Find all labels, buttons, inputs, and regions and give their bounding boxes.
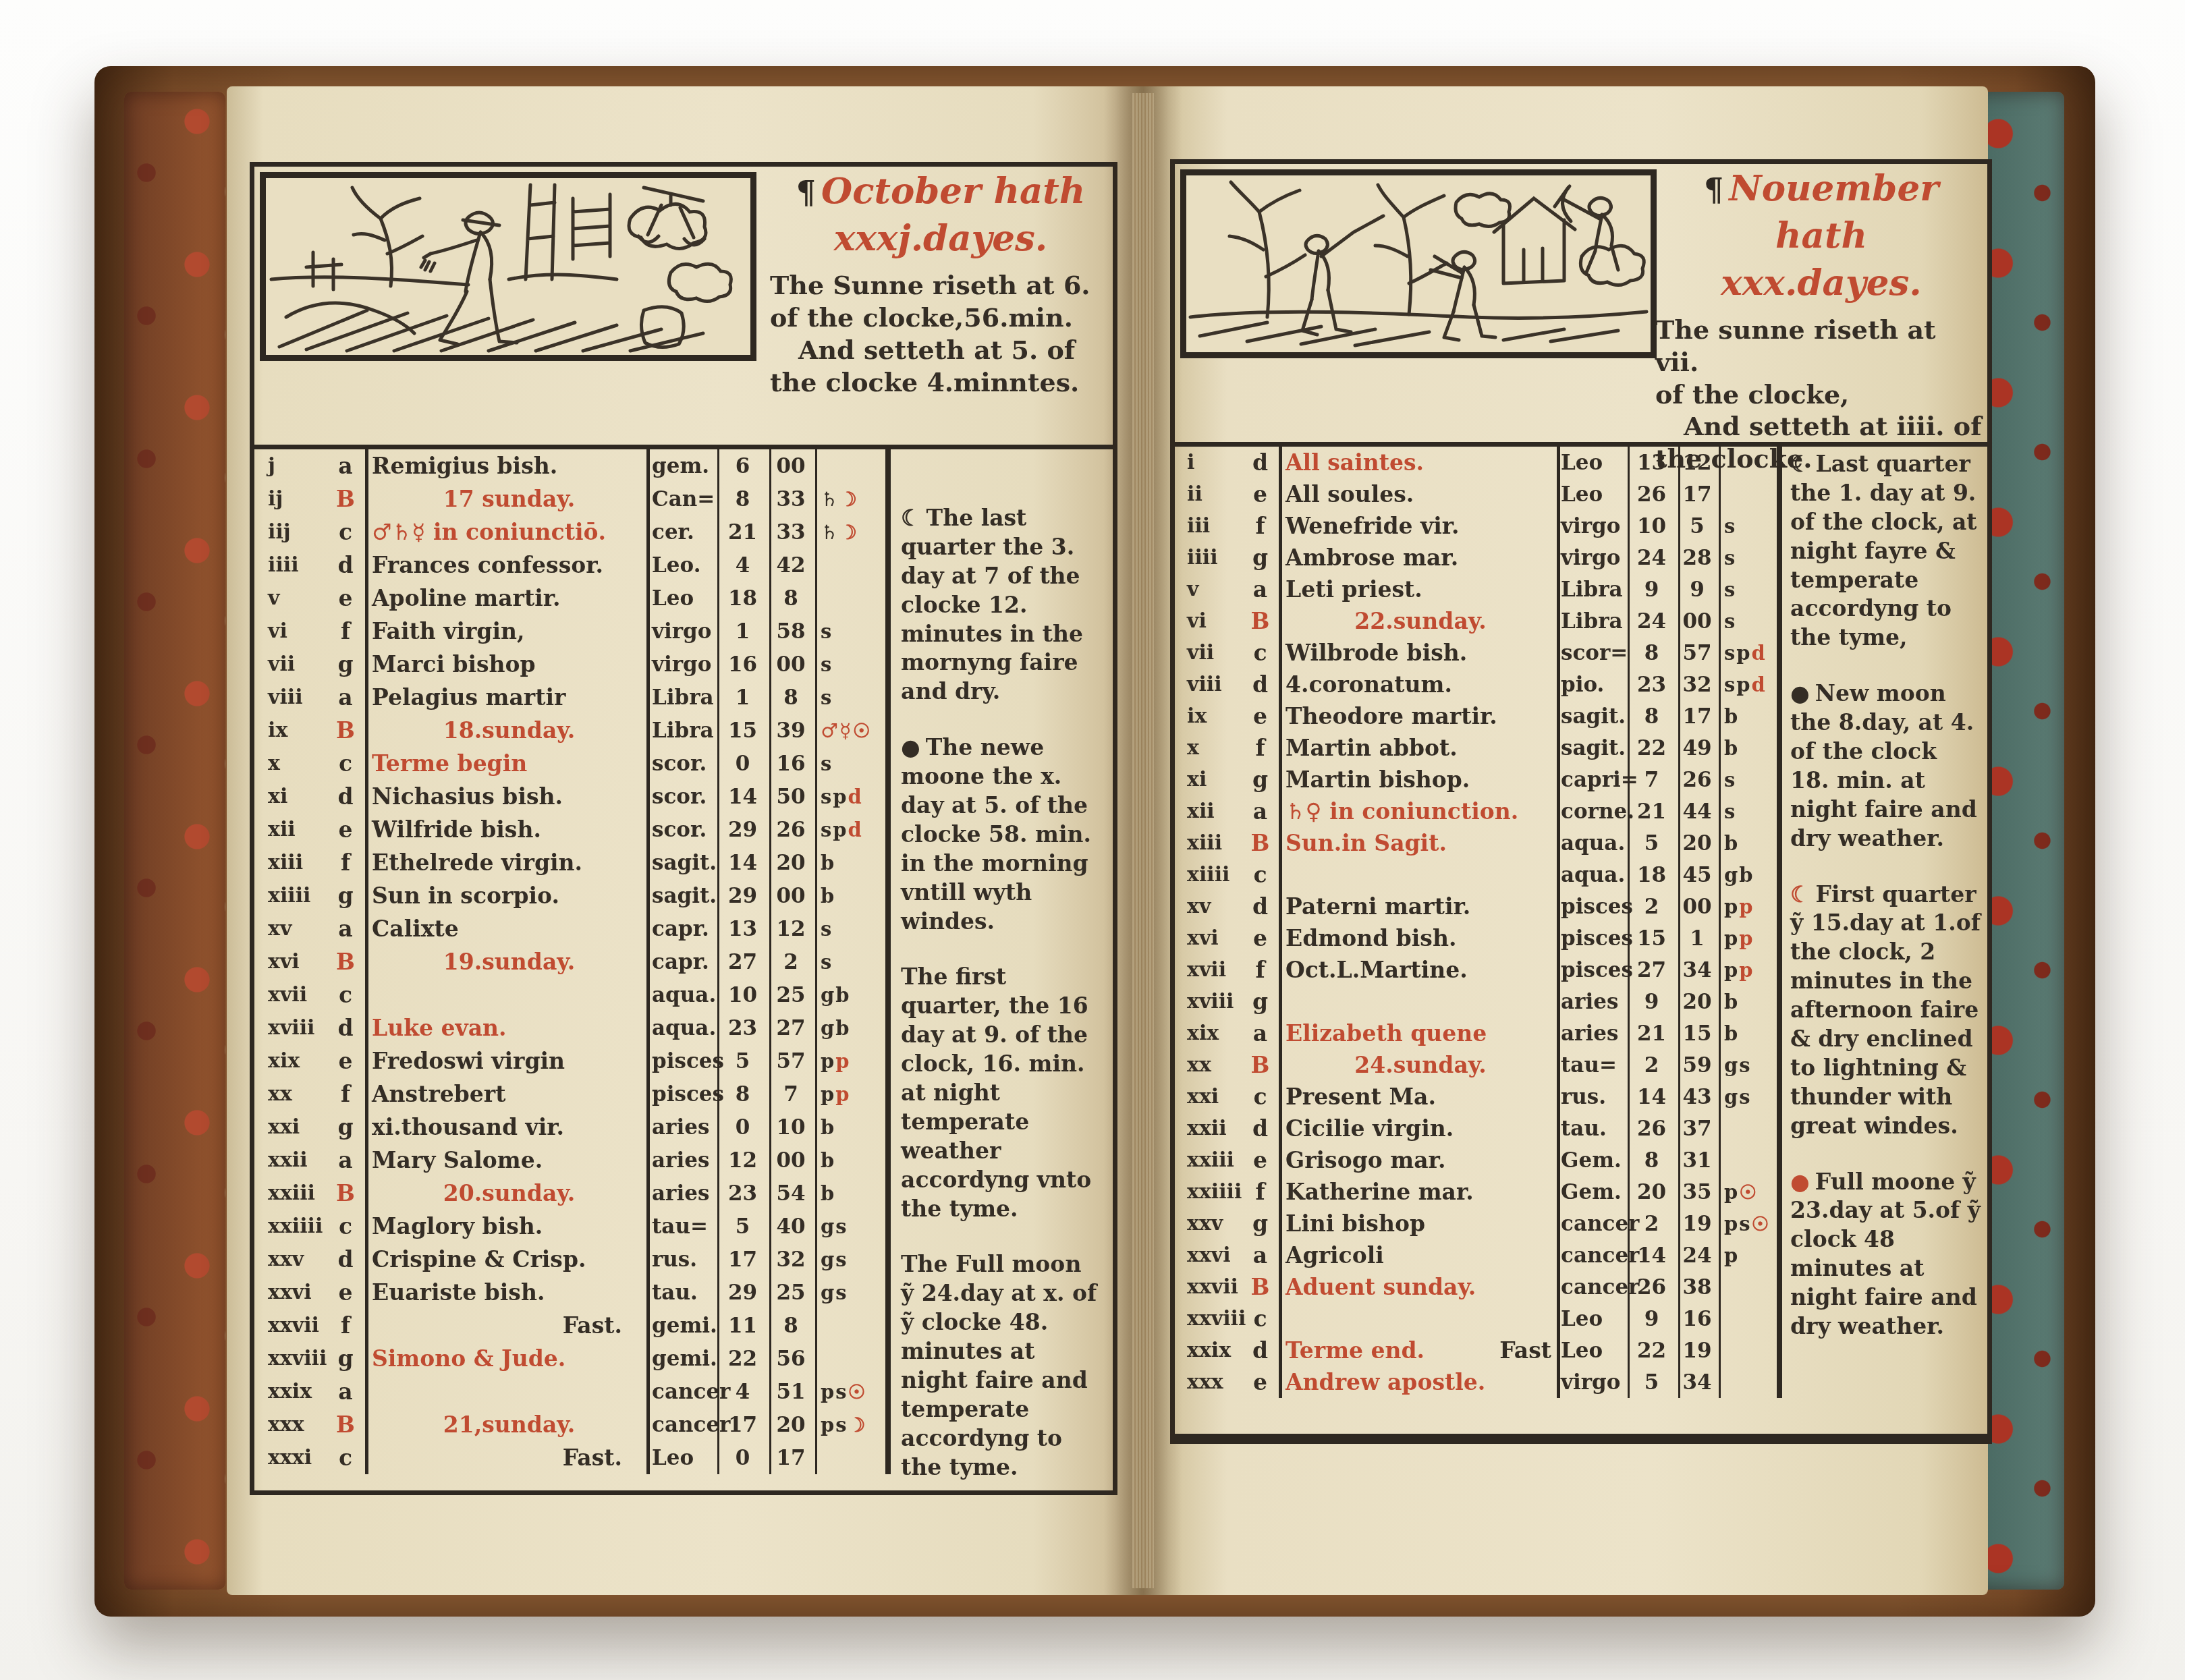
moon-phase-paragraph: ☾Last quarter the 1. day at 9. of the cl… xyxy=(1790,450,1981,652)
day-number: xiii xyxy=(1178,831,1242,855)
degree-value: 23 xyxy=(717,1181,768,1206)
day-number: xxviii xyxy=(258,1347,326,1370)
degree-value: 16 xyxy=(717,652,768,677)
calendar-row: iijc♂♄☿ in coniunctiō.cer.2133♄☽ xyxy=(258,515,889,549)
day-number: xii xyxy=(1178,800,1242,823)
day-number: vii xyxy=(1178,641,1242,665)
day-number: xxiiii xyxy=(1178,1180,1242,1204)
dominical-letter: B xyxy=(326,1411,365,1438)
aspect-letters: b xyxy=(1717,1022,1781,1045)
degree-value: 8 xyxy=(717,1082,768,1107)
feast-label: Euariste bish. xyxy=(365,1279,646,1306)
column-rule xyxy=(1628,447,1630,1398)
page-leaf-edges xyxy=(1132,93,1154,1588)
day-number: viii xyxy=(1178,673,1242,696)
minute-value: 25 xyxy=(768,983,814,1007)
zodiac-sign: Leo. xyxy=(646,553,717,578)
feast-label: Katherine mar. xyxy=(1279,1179,1555,1205)
degree-value: 0 xyxy=(717,1115,768,1140)
minute-value: 00 xyxy=(768,884,814,908)
aspect-letters: s xyxy=(1717,610,1781,633)
calendar-row: xixaElizabeth quenearies2115b xyxy=(1178,1017,1781,1049)
dominical-letter: g xyxy=(326,1114,365,1140)
minute-value: 57 xyxy=(1677,641,1717,665)
degree-value: 23 xyxy=(717,1016,768,1040)
calendar-row: ijB17 sunday.Can=833♄☽ xyxy=(258,482,889,515)
feast-label: ♂♄☿ in coniunctiō. xyxy=(365,519,646,545)
feast-label: 17 sunday. xyxy=(365,486,646,512)
degree-value: 18 xyxy=(717,586,768,611)
column-rule xyxy=(717,449,719,1474)
moon-phase-text: The last quarter the 3. day at 7 of the … xyxy=(901,505,1083,704)
calendar-row: xiiiicaqua.1845gb xyxy=(1178,859,1781,891)
aspect-letters: pp xyxy=(1717,895,1781,918)
zodiac-sign: sagit. xyxy=(1555,736,1626,760)
calendar-row: xvieEdmond bish.pisces151pp xyxy=(1178,922,1781,954)
dominical-letter: c xyxy=(1242,1306,1279,1332)
day-number: iij xyxy=(258,520,326,544)
minute-value: 12 xyxy=(768,917,814,941)
calendar-row: viicWilbrode bish.scor=857spd xyxy=(1178,637,1781,669)
calendar-row: xviifOct.L.Martine.pisces2734pp xyxy=(1178,954,1781,986)
zodiac-sign: Libra xyxy=(1555,578,1626,602)
feast-label: Edmond bish. xyxy=(1279,925,1555,951)
minute-value: 9 xyxy=(1677,578,1717,602)
november-calendar-table: idAll saintes.Leo1312iieAll soules.Leo26… xyxy=(1178,447,1781,1398)
calendar-row: xxixdTerme end.FastLeo2219 xyxy=(1178,1335,1781,1366)
calendar-row: xxiiiicMaglory bish.tau=540gs xyxy=(258,1210,889,1243)
minute-value: 51 xyxy=(768,1380,814,1404)
dominical-letter: f xyxy=(326,1312,365,1339)
calendar-row: xxixacancer451ps☉ xyxy=(258,1375,889,1408)
dominical-letter: B xyxy=(326,486,365,512)
day-number: xxix xyxy=(258,1380,326,1403)
feast-label: 22.sunday. xyxy=(1279,608,1555,634)
minute-value: 25 xyxy=(768,1281,814,1305)
calendar-row: ixeTheodore martir.sagit.817b xyxy=(1178,700,1781,732)
minute-value: 27 xyxy=(768,1016,814,1040)
moon-phase-text: New moon the 8.day, at 4. of the clock 1… xyxy=(1790,680,1977,851)
feast-label: Pelagius martir xyxy=(365,684,646,710)
aspect-red-symbol: ☽ xyxy=(839,488,858,511)
minute-value: 33 xyxy=(768,487,814,511)
feast-label: Ethelrede virgin. xyxy=(365,849,646,876)
aspect-red-symbol: p xyxy=(1739,895,1754,918)
degree-value: 9 xyxy=(1626,578,1677,602)
feast-label: Calixte xyxy=(365,916,646,942)
aspect-letters: b xyxy=(814,1182,889,1205)
zodiac-sign: scor. xyxy=(646,818,717,842)
calendar-row: xxiiiB20.sunday.aries2354b xyxy=(258,1177,889,1210)
day-number: iii xyxy=(1178,514,1242,538)
aspect-red-symbol: ☉ xyxy=(1752,1212,1771,1235)
degree-value: 0 xyxy=(717,752,768,776)
aspect-red-symbol: d xyxy=(848,785,863,808)
day-number: xvi xyxy=(1178,926,1242,950)
feast-label: Fast. xyxy=(365,1445,646,1471)
minute-value: 19 xyxy=(1677,1212,1717,1236)
feast-label: Luke evan. xyxy=(365,1015,646,1041)
dominical-letter: g xyxy=(1242,988,1279,1015)
dominical-letter: g xyxy=(326,883,365,909)
feast-label: All saintes. xyxy=(1279,449,1555,476)
day-number: vi xyxy=(258,619,326,643)
minute-value: 12 xyxy=(1677,451,1717,475)
aspect-letters: s xyxy=(1717,578,1781,601)
minute-value: 58 xyxy=(768,619,814,644)
degree-value: 26 xyxy=(1626,1117,1677,1141)
calendar-row: ixB18.sunday.Libra1539♂☿☉ xyxy=(258,714,889,747)
aspect-letters: gs xyxy=(814,1248,889,1271)
aspect-letters: spd xyxy=(1717,673,1781,696)
degree-value: 15 xyxy=(717,719,768,743)
degree-value: 2 xyxy=(1626,1212,1677,1236)
feast-label: 20.sunday. xyxy=(365,1180,646,1206)
calendar-row: xixeFredoswi virginpisces557pp xyxy=(258,1044,889,1077)
degree-value: 11 xyxy=(717,1314,768,1338)
wood-gatherers-and-archer-woodcut xyxy=(1186,175,1651,352)
zodiac-sign: aqua. xyxy=(646,1016,717,1040)
minute-value: 26 xyxy=(1677,768,1717,792)
minute-value: 24 xyxy=(1677,1243,1717,1268)
minute-value: 1 xyxy=(1677,926,1717,951)
degree-value: 4 xyxy=(717,1380,768,1404)
photograph-of-open-almanac: ¶October hath xxxj.dayes. The Sunne rise… xyxy=(0,0,2185,1680)
minute-value: 7 xyxy=(768,1082,814,1107)
minute-value: 15 xyxy=(1677,1021,1717,1046)
feast-label: 4.coronatum. xyxy=(1279,671,1555,698)
feast-label: Terme end.Fast xyxy=(1279,1337,1555,1364)
day-number: ix xyxy=(258,719,326,742)
minute-value: 20 xyxy=(1677,990,1717,1014)
aspect-letters: pp xyxy=(1717,959,1781,982)
aspect-letters: gb xyxy=(814,1017,889,1040)
day-number: xxxi xyxy=(258,1446,326,1469)
dominical-letter: c xyxy=(326,1213,365,1239)
degree-value: 17 xyxy=(717,1413,768,1437)
zodiac-sign: Leo xyxy=(1555,482,1626,507)
dominical-letter: d xyxy=(326,783,365,810)
zodiac-sign: gem. xyxy=(646,454,717,478)
minute-value: 50 xyxy=(768,785,814,809)
aspect-letters: b xyxy=(1717,705,1781,728)
zodiac-sign: tau= xyxy=(1555,1053,1626,1077)
calendar-row: xxxeAndrew apostle.virgo534 xyxy=(1178,1366,1781,1398)
calendar-row: viigMarci bishopvirgo1600s xyxy=(258,648,889,681)
aspect-red-symbol: p xyxy=(835,1083,850,1106)
calendar-row: xxiidCicilie virgin.tau.2637 xyxy=(1178,1113,1781,1144)
degree-value: 18 xyxy=(1626,863,1677,887)
dominical-letter: d xyxy=(1242,893,1279,920)
dominical-letter: e xyxy=(1242,1147,1279,1173)
degree-value: 14 xyxy=(1626,1085,1677,1109)
day-number: xvii xyxy=(1178,958,1242,982)
feast-label: Cicilie virgin. xyxy=(1279,1115,1555,1142)
degree-value: 5 xyxy=(1626,831,1677,856)
zodiac-sign: cancer xyxy=(646,1413,717,1437)
dominical-letter: c xyxy=(1242,640,1279,666)
calendar-row: xiia♄♀ in coniunction.corne.2144s xyxy=(1178,795,1781,827)
october-title-line1: ¶October hath xyxy=(770,168,1111,215)
aspect-letters: ♂☿☉ xyxy=(814,719,889,742)
calendar-row: xvaCalixtecapr.1312s xyxy=(258,912,889,945)
calendar-row: xxicPresent Ma.rus.1443gs xyxy=(1178,1081,1781,1113)
dominical-letter: d xyxy=(1242,1115,1279,1142)
minute-value: 57 xyxy=(768,1049,814,1073)
degree-value: 17 xyxy=(717,1248,768,1272)
minute-value: 16 xyxy=(1677,1307,1717,1331)
moon-phase-text: The Full moon ỹ 24.day at x. of ỹ clocke… xyxy=(901,1251,1097,1480)
aspect-letters: p☉ xyxy=(1717,1181,1781,1204)
feast-label: 24.sunday. xyxy=(1279,1052,1555,1078)
feast-label: Frances confessor. xyxy=(365,552,646,578)
aspect-letters: s xyxy=(1717,547,1781,569)
minute-value: 20 xyxy=(768,851,814,875)
moon-phase-text: Full moone ỹ 23.day at 5.of ỹ clock 48 m… xyxy=(1790,1169,1981,1339)
dominical-letter: e xyxy=(1242,1369,1279,1395)
moon-phase-paragraph: ●The newe moone the x. day at 5. of the … xyxy=(901,733,1102,936)
degree-value: 21 xyxy=(717,520,768,544)
degree-value: 9 xyxy=(1626,990,1677,1014)
zodiac-sign: Leo xyxy=(1555,451,1626,475)
minute-value: 56 xyxy=(768,1347,814,1371)
aspect-letters: gs xyxy=(814,1215,889,1238)
zodiac-sign: Libra xyxy=(646,685,717,710)
october-woodcut-box xyxy=(260,172,756,361)
zodiac-sign: virgo xyxy=(1555,546,1626,570)
minute-value: 00 xyxy=(768,454,814,478)
prose-divider-rule xyxy=(1777,447,1782,1398)
minute-value: 31 xyxy=(1677,1148,1717,1173)
day-number: xx xyxy=(258,1082,326,1106)
pilcrow-mark: ¶ xyxy=(796,174,816,211)
day-number: xxii xyxy=(258,1148,326,1172)
intro-line: And setteth at 5. of xyxy=(770,334,1111,366)
dominical-letter: f xyxy=(326,849,365,876)
zodiac-sign: cancer xyxy=(1555,1243,1626,1268)
intro-line: The sunne riseth at vii. xyxy=(1655,314,1987,379)
minute-value: 32 xyxy=(768,1248,814,1272)
dominical-letter: a xyxy=(1242,1242,1279,1268)
degree-value: 29 xyxy=(717,1281,768,1305)
day-number: xviii xyxy=(258,1016,326,1040)
day-number: iiii xyxy=(258,553,326,577)
minute-value: 35 xyxy=(1677,1180,1717,1204)
november-moon-phase-notes: ☾Last quarter the 1. day at 9. of the cl… xyxy=(1790,450,1981,1368)
degree-value: 8 xyxy=(1626,1148,1677,1173)
day-number: xxi xyxy=(258,1115,326,1139)
degree-value: 5 xyxy=(717,1049,768,1073)
day-number: xxviii xyxy=(1178,1307,1242,1331)
zodiac-sign: pisces xyxy=(646,1049,717,1073)
feast-label: Fredoswi virgin xyxy=(365,1048,646,1074)
minute-value: 49 xyxy=(1677,736,1717,760)
aspect-letters: s xyxy=(814,653,889,676)
calendar-row: xxviaAgricolicancer1424p xyxy=(1178,1239,1781,1271)
aspect-letters: gb xyxy=(814,984,889,1007)
moon-phase-paragraph: ●Full moone ỹ 23.day at 5.of ỹ clock 48 … xyxy=(1790,1168,1981,1341)
minute-value: 28 xyxy=(1677,546,1717,570)
zodiac-sign: scor. xyxy=(646,785,717,809)
dominical-letter: c xyxy=(326,1445,365,1471)
aspect-letters: b xyxy=(814,885,889,907)
minute-value: 00 xyxy=(1677,609,1717,634)
zodiac-sign: capri= xyxy=(1555,768,1626,792)
day-number: xxi xyxy=(1178,1085,1242,1109)
aspect-letters: pp xyxy=(814,1050,889,1073)
minute-value: 8 xyxy=(768,685,814,710)
day-number: xxvii xyxy=(258,1314,326,1337)
minute-value: 10 xyxy=(768,1115,814,1140)
minute-value: 26 xyxy=(768,818,814,842)
dominical-letter: f xyxy=(326,618,365,644)
degree-value: 22 xyxy=(1626,1339,1677,1363)
dominical-letter: f xyxy=(1242,735,1279,761)
aspect-letters: gb xyxy=(1717,864,1781,887)
minute-value: 32 xyxy=(1677,673,1717,697)
day-number: ix xyxy=(1178,704,1242,728)
intro-line: of the clocke,56.min. xyxy=(770,302,1111,334)
zodiac-sign: cer. xyxy=(646,520,717,544)
calendar-row: xxxB21,sunday.cancer1720ps☽ xyxy=(258,1408,889,1441)
calendar-row: xviiigaries920b xyxy=(1178,986,1781,1017)
day-number: xiiii xyxy=(258,884,326,907)
moon-phase-text: Last quarter the 1. day at 9. of the clo… xyxy=(1790,451,1977,650)
calendar-row: xxiiiifKatherine mar.Gem.2035p☉ xyxy=(1178,1176,1781,1208)
zodiac-sign: scor. xyxy=(646,752,717,776)
feast-label: Agricoli xyxy=(1279,1242,1555,1268)
degree-value: 26 xyxy=(1626,482,1677,507)
calendar-row: xiiifEthelrede virgin.sagit.1420b xyxy=(258,846,889,879)
degree-value: 21 xyxy=(1626,800,1677,824)
calendar-row: xigMartin bishop.capri=726s xyxy=(1178,764,1781,795)
feast-label: Paterni martir. xyxy=(1279,893,1555,920)
degree-value: 27 xyxy=(1626,958,1677,982)
calendar-row: viB22.sunday.Libra2400s xyxy=(1178,605,1781,637)
minute-value: 59 xyxy=(1677,1053,1717,1077)
open-pages: ¶October hath xxxj.dayes. The Sunne rise… xyxy=(227,86,1988,1595)
minute-value: 17 xyxy=(1677,704,1717,729)
zodiac-sign: gemi. xyxy=(646,1314,717,1338)
feast-label: Apoline martir. xyxy=(365,585,646,611)
degree-value: 5 xyxy=(1626,1370,1677,1395)
zodiac-sign: Gem. xyxy=(1555,1148,1626,1173)
degree-value: 29 xyxy=(717,884,768,908)
zodiac-sign: pio. xyxy=(1555,673,1626,697)
day-number: xii xyxy=(258,818,326,841)
day-number: xv xyxy=(258,917,326,941)
feast-label: Present Ma. xyxy=(1279,1084,1555,1110)
minute-value: 17 xyxy=(768,1446,814,1470)
zodiac-sign: rus. xyxy=(646,1248,717,1272)
column-rule xyxy=(1719,447,1721,1398)
zodiac-sign: scor= xyxy=(1555,641,1626,665)
zodiac-sign: pisces xyxy=(1555,895,1626,919)
day-number: xv xyxy=(1178,895,1242,918)
day-number: i xyxy=(1178,451,1242,474)
zodiac-sign: capr. xyxy=(646,917,717,941)
feast-label: Terme begin xyxy=(365,750,646,777)
day-number: x xyxy=(258,752,326,775)
aspect-letters: p xyxy=(1717,1244,1781,1267)
degree-value: 24 xyxy=(1626,546,1677,570)
day-number: iiii xyxy=(1178,546,1242,569)
feast-label: Martin bishop. xyxy=(1279,766,1555,793)
degree-value: 23 xyxy=(1626,673,1677,697)
calendar-row: xxiiieGrisogo mar.Gem.831 xyxy=(1178,1144,1781,1176)
aspect-letters: gs xyxy=(1717,1086,1781,1109)
zodiac-sign: aries xyxy=(646,1181,717,1206)
degree-value: 10 xyxy=(717,983,768,1007)
aspect-red-symbol: ☉ xyxy=(848,1380,867,1403)
aspect-letters: b xyxy=(1717,990,1781,1013)
calendar-row: xxvgLini bishopcancer219ps☉ xyxy=(1178,1208,1781,1239)
day-number: xxv xyxy=(1178,1212,1242,1235)
day-number: v xyxy=(258,586,326,610)
degree-value: 0 xyxy=(717,1446,768,1470)
calendar-row: xxviiBAduent sunday.cancer2638 xyxy=(1178,1271,1781,1303)
feast-label: Wilbrode bish. xyxy=(1279,640,1555,666)
zodiac-sign: rus. xyxy=(1555,1085,1626,1109)
column-rule xyxy=(646,449,650,1474)
dominical-letter: e xyxy=(1242,481,1279,507)
left-marbled-edge-decoration xyxy=(124,92,225,1590)
degree-value: 4 xyxy=(717,553,768,578)
minute-value: 34 xyxy=(1677,958,1717,982)
dominical-letter: a xyxy=(326,1147,365,1173)
zodiac-sign: gemi. xyxy=(646,1347,717,1371)
aspect-letters: ♄☽ xyxy=(814,488,889,511)
dominical-letter: e xyxy=(326,585,365,611)
degree-value: 1 xyxy=(717,619,768,644)
zodiac-sign: Leo xyxy=(646,586,717,611)
october-title-block: ¶October hath xxxj.dayes. The Sunne rise… xyxy=(770,168,1111,398)
feast-label: Marci bishop xyxy=(365,651,646,677)
feast-label: Fast. xyxy=(365,1312,646,1339)
dominical-letter: f xyxy=(1242,513,1279,539)
moon-phase-text: The newe moone the x. day at 5. of the c… xyxy=(901,734,1091,934)
dominical-letter: B xyxy=(326,717,365,744)
feast-label: Simono & Jude. xyxy=(365,1345,646,1372)
zodiac-sign: Gem. xyxy=(1555,1180,1626,1204)
feast-label: Ambrose mar. xyxy=(1279,544,1555,571)
sower-in-field-woodcut xyxy=(266,178,750,355)
dominical-letter: e xyxy=(1242,703,1279,729)
feast-label: Anstrebert xyxy=(365,1081,646,1107)
book-binding: ¶October hath xxxj.dayes. The Sunne rise… xyxy=(94,66,2095,1617)
feast-label: Theodore martir. xyxy=(1279,703,1555,729)
aspect-letters: s xyxy=(1717,515,1781,538)
aspect-red-symbol: d xyxy=(848,818,863,841)
fast-note: Fast xyxy=(1499,1337,1555,1364)
aspect-letters: spd xyxy=(814,818,889,841)
dominical-letter: a xyxy=(326,684,365,710)
degree-value: 20 xyxy=(1626,1180,1677,1204)
degree-value: 21 xyxy=(1626,1021,1677,1046)
day-number: xxiii xyxy=(258,1181,326,1205)
minute-value: 17 xyxy=(1677,482,1717,507)
dominical-letter: a xyxy=(326,453,365,479)
zodiac-sign: aries xyxy=(1555,1021,1626,1046)
zodiac-sign: cancer xyxy=(1555,1275,1626,1299)
zodiac-sign: cancer xyxy=(1555,1212,1626,1236)
day-number: xxvii xyxy=(1178,1275,1242,1299)
feast-label: ♄♀ in coniunction. xyxy=(1279,798,1555,824)
calendar-row: viiiaPelagius martirLibra18s xyxy=(258,681,889,714)
minute-value: 8 xyxy=(768,586,814,611)
dominical-letter: B xyxy=(326,949,365,975)
feast-label: Sun.in Sagit. xyxy=(1279,830,1555,856)
